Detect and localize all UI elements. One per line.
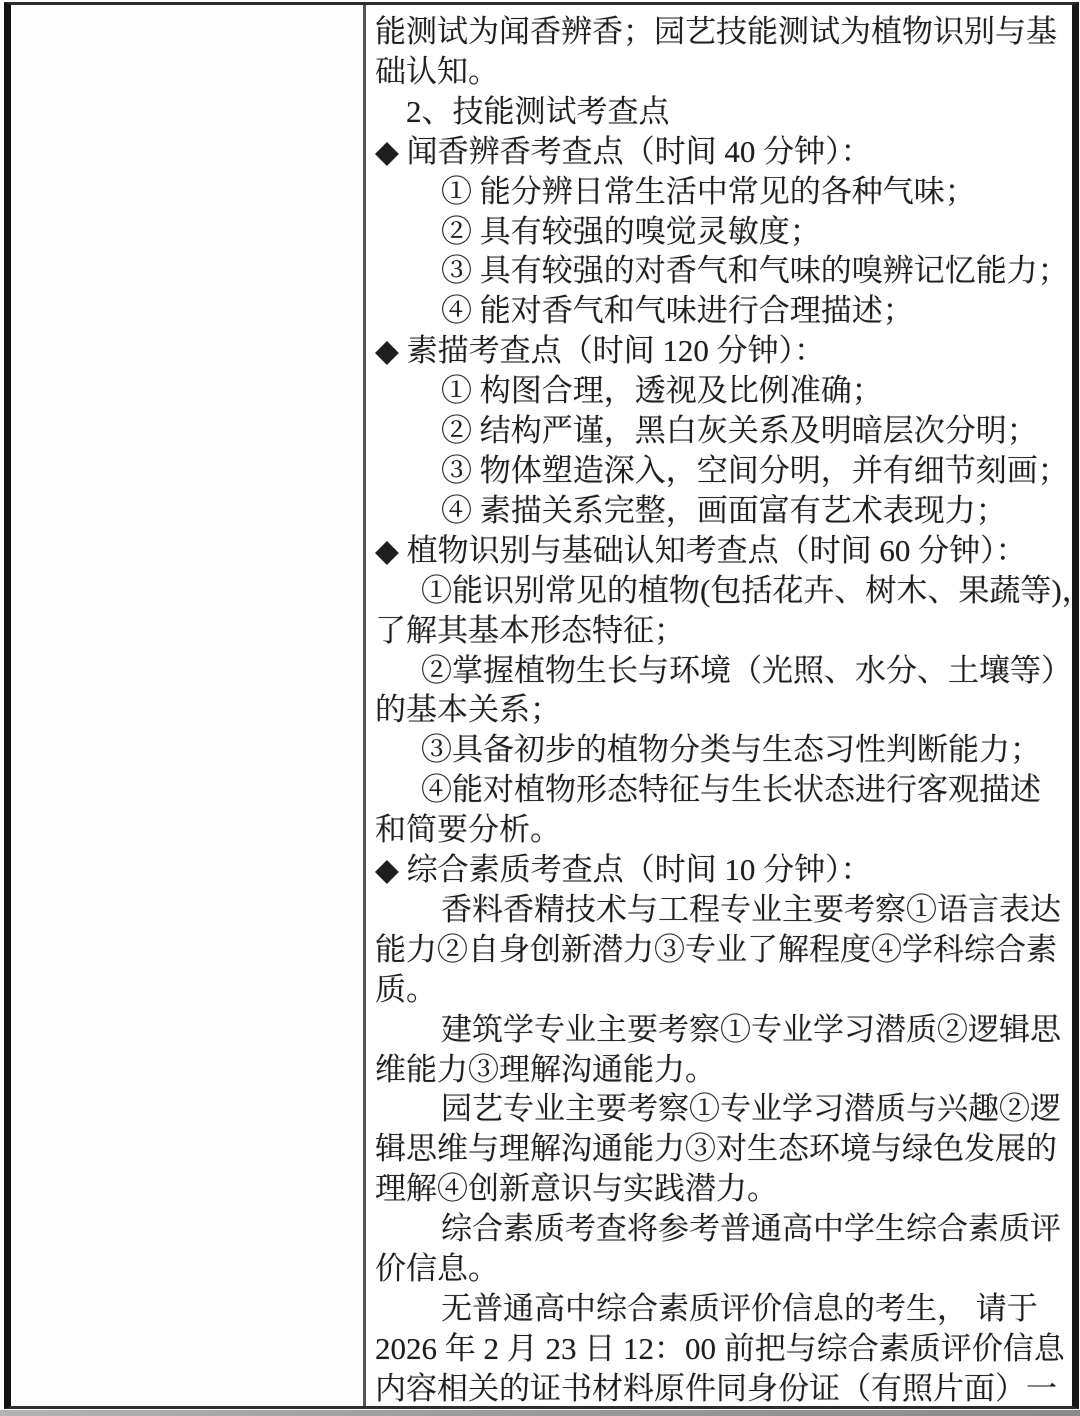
text-line: ◆ 素描考查点（时间 120 分钟）： xyxy=(375,331,1080,371)
table-cell-left-empty xyxy=(11,5,366,1406)
text-line: ② 结构严谨，黑白灰关系及明暗层次分明； xyxy=(375,411,1080,451)
text-line: 理解④创新意识与实践潜力。 xyxy=(375,1169,1080,1209)
table-cell-content: 能测试为闻香辨香；园艺技能测试为植物识别与基础认知。2、技能测试考查点◆ 闻香辨… xyxy=(366,5,1080,1406)
text-line: 内容相关的证书材料原件同身份证（有照片面）一 xyxy=(375,1369,1080,1409)
text-line: 辑思维与理解沟通能力③对生态环境与绿色发展的 xyxy=(375,1129,1080,1169)
text-line: ② 具有较强的嗅觉灵敏度； xyxy=(375,212,1080,252)
text-line: ◆ 综合素质考查点（时间 10 分钟）： xyxy=(375,850,1080,890)
text-line: 2、技能测试考查点 xyxy=(375,92,1080,132)
text-line: 能测试为闻香辨香；园艺技能测试为植物识别与基 xyxy=(375,12,1080,52)
text-line: ④ 素描关系完整，画面富有艺术表现力； xyxy=(375,491,1080,531)
text-line: ① 能分辨日常生活中常见的各种气味； xyxy=(375,172,1080,212)
text-line: 质。 xyxy=(375,970,1080,1010)
text-line: 了解其基本形态特征； xyxy=(375,611,1080,651)
text-line: 综合素质考查将参考普通高中学生综合素质评 xyxy=(375,1209,1080,1249)
text-line: ◆ 闻香辨香考查点（时间 40 分钟）： xyxy=(375,132,1080,172)
text-line: ③ 具有较强的对香气和气味的嗅辨记忆能力； xyxy=(375,251,1080,291)
text-line: 和简要分析。 xyxy=(375,810,1080,850)
text-line: 础认知。 xyxy=(375,52,1080,92)
text-line: 香料香精技术与工程专业主要考察①语言表达 xyxy=(375,890,1080,930)
text-line: 2026 年 2 月 23 日 12：00 前把与综合素质评价信息 xyxy=(375,1329,1080,1369)
text-line: 维能力③理解沟通能力。 xyxy=(375,1050,1080,1090)
text-line: ④能对植物形态特征与生长状态进行客观描述 xyxy=(375,770,1080,810)
text-line: 能力②自身创新潜力③专业了解程度④学科综合素 xyxy=(375,930,1080,970)
text-line: 园艺专业主要考察①专业学习潜质与兴趣②逻 xyxy=(375,1089,1080,1129)
text-line: ②掌握植物生长与环境（光照、水分、土壤等） xyxy=(375,651,1080,691)
text-line: ①能识别常见的植物(包括花卉、树木、果蔬等)， xyxy=(375,571,1080,611)
scanned-document-page: 能测试为闻香辨香；园艺技能测试为植物识别与基础认知。2、技能测试考查点◆ 闻香辨… xyxy=(0,0,1080,1416)
text-line: 建筑学专业主要考察①专业学习潜质②逻辑思 xyxy=(375,1010,1080,1050)
text-line: 的基本关系； xyxy=(375,690,1080,730)
text-line: ④ 能对香气和气味进行合理描述； xyxy=(375,291,1080,331)
page-bottom-edge xyxy=(0,1410,1080,1416)
text-line: ③ 物体塑造深入，空间分明，并有细节刻画； xyxy=(375,451,1080,491)
text-line: 无普通高中综合素质评价信息的考生， 请于 xyxy=(375,1289,1080,1329)
text-line: ◆ 植物识别与基础认知考查点（时间 60 分钟）： xyxy=(375,531,1080,571)
text-line: ① 构图合理，透视及比例准确； xyxy=(375,371,1080,411)
text-line: ③具备初步的植物分类与生态习性判断能力； xyxy=(375,730,1080,770)
text-line: 价信息。 xyxy=(375,1249,1080,1289)
document-table: 能测试为闻香辨香；园艺技能测试为植物识别与基础认知。2、技能测试考查点◆ 闻香辨… xyxy=(4,2,1079,1409)
